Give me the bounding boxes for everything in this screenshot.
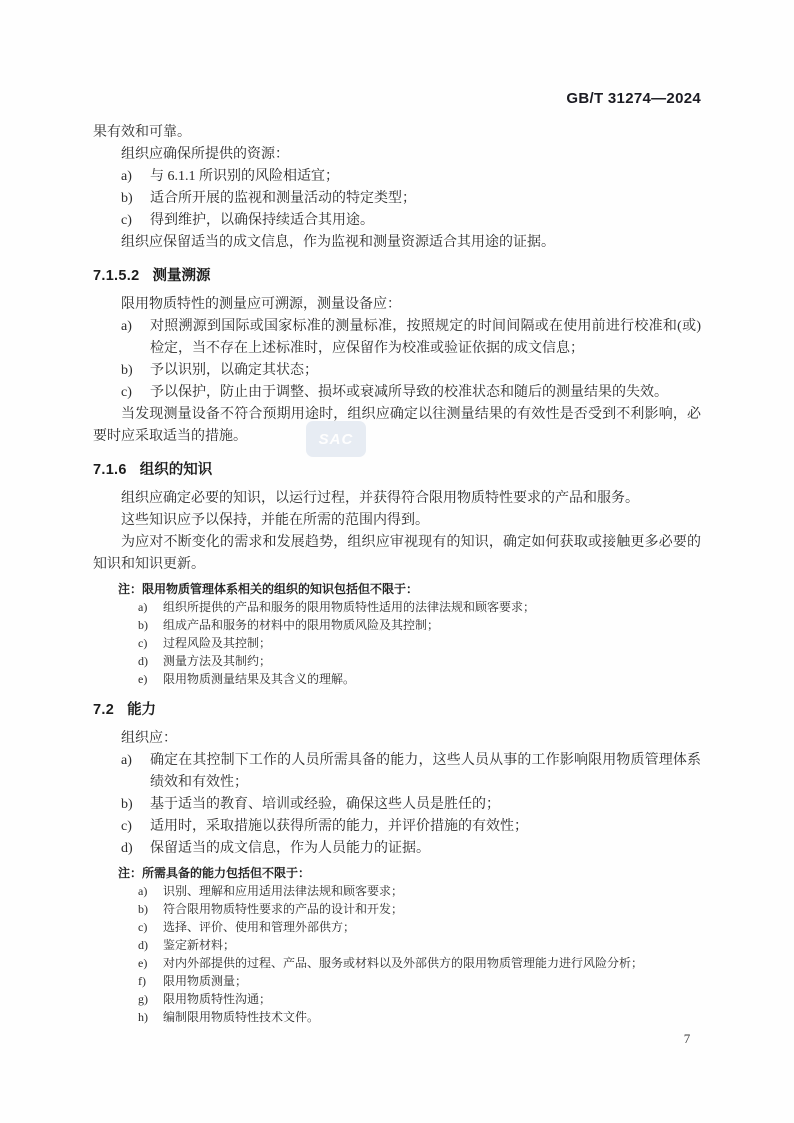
note-item: f)限用物质测量； bbox=[93, 972, 701, 990]
page-content: GB/T 31274—2024 果有效和可靠。 组织应确保所提供的资源： a)与… bbox=[0, 0, 794, 1123]
item-label: c) bbox=[121, 210, 132, 232]
note-item: e)限用物质测量结果及其含义的理解。 bbox=[93, 670, 701, 688]
item-label: b) bbox=[121, 188, 133, 210]
item-label: b) bbox=[121, 360, 133, 382]
paragraph-lead: 组织应确保所提供的资源： bbox=[93, 144, 701, 166]
note-item: h)编制限用物质特性技术文件。 bbox=[93, 1008, 701, 1026]
list-item: b)适合所开展的监视和测量活动的特定类型； bbox=[93, 188, 701, 210]
item-text: 基于适当的教育、培训或经验，确保这些人员是胜任的； bbox=[150, 797, 500, 812]
note-item: g)限用物质特性沟通； bbox=[93, 990, 701, 1008]
list-item: a)与 6.1.1 所识别的风险相适宜； bbox=[93, 166, 701, 188]
note-item: c)过程风险及其控制； bbox=[93, 634, 701, 652]
document-page: GB/T 31274—2024 果有效和可靠。 组织应确保所提供的资源： a)与… bbox=[0, 0, 794, 1123]
section-title: 能力 bbox=[127, 702, 156, 718]
section-7-1-6: 7.1.6组织的知识 组织应确定必要的知识，以运行过程，并获得符合限用物质特性要… bbox=[93, 460, 701, 688]
section-title: 测量溯源 bbox=[152, 268, 210, 284]
item-label: c) bbox=[121, 382, 132, 404]
note-item: e)对内外部提供的过程、产品、服务或材料以及外部供方的限用物质管理能力进行风险分… bbox=[93, 954, 701, 972]
paragraph-closing: 组织应保留适当的成文信息，作为监视和测量资源适合其用途的证据。 bbox=[93, 232, 701, 254]
item-label: b) bbox=[138, 900, 148, 918]
item-text: 对内外部提供的过程、产品、服务或材料以及外部供方的限用物质管理能力进行风险分析； bbox=[163, 956, 643, 970]
item-label: b) bbox=[121, 794, 133, 816]
list-item: c)得到维护，以确保持续适合其用途。 bbox=[93, 210, 701, 232]
item-text: 限用物质测量； bbox=[163, 974, 247, 988]
list-item: a)确定在其控制下工作的人员所需具备的能力，这些人员从事的工作影响限用物质管理体… bbox=[93, 750, 701, 794]
item-label: a) bbox=[138, 598, 147, 616]
note-lead: 注：限用物质管理体系相关的组织的知识包括但不限于： bbox=[93, 580, 701, 598]
item-text: 组织所提供的产品和服务的限用物质特性适用的法律法规和顾客要求； bbox=[163, 600, 535, 614]
note-item: a)组织所提供的产品和服务的限用物质特性适用的法律法规和顾客要求； bbox=[93, 598, 701, 616]
item-label: d) bbox=[138, 936, 148, 954]
item-text: 予以保护，防止由于调整、损坏或衰减所导致的校准状态和随后的测量结果的失效。 bbox=[150, 385, 668, 400]
section-7-2: 7.2能力 组织应： a)确定在其控制下工作的人员所需具备的能力，这些人员从事的… bbox=[93, 700, 701, 1026]
paragraph: 组织应确定必要的知识，以运行过程，并获得符合限用物质特性要求的产品和服务。 bbox=[93, 488, 701, 510]
paragraph-continuation: 果有效和可靠。 bbox=[93, 122, 701, 144]
note-lead-text: 限用物质管理体系相关的组织的知识包括但不限于： bbox=[142, 582, 418, 596]
item-label: f) bbox=[138, 972, 146, 990]
note-item: c)选择、评价、使用和管理外部供方； bbox=[93, 918, 701, 936]
item-text: 识别、理解和应用适用法律法规和顾客要求； bbox=[163, 884, 403, 898]
item-label: d) bbox=[121, 838, 133, 860]
note-list: a)识别、理解和应用适用法律法规和顾客要求； b)符合限用物质特性要求的产品的设… bbox=[93, 882, 701, 1026]
item-text: 符合限用物质特性要求的产品的设计和开发； bbox=[163, 902, 403, 916]
item-text: 予以识别，以确定其状态； bbox=[150, 363, 318, 378]
section-heading: 7.1.6组织的知识 bbox=[93, 460, 701, 480]
item-label: a) bbox=[121, 166, 132, 188]
note-lead: 注：所需具备的能力包括但不限于： bbox=[93, 864, 701, 882]
item-label: a) bbox=[138, 882, 147, 900]
section-heading: 7.2能力 bbox=[93, 700, 701, 720]
item-label: c) bbox=[121, 816, 132, 838]
item-text: 测量方法及其制约； bbox=[163, 654, 271, 668]
item-label: e) bbox=[138, 954, 147, 972]
paragraph: 为应对不断变化的需求和发展趋势，组织应审视现有的知识，确定如何获取或接触更多必要… bbox=[93, 532, 701, 576]
note-item: b)组成产品和服务的材料中的限用物质风险及其控制； bbox=[93, 616, 701, 634]
note-item: b)符合限用物质特性要求的产品的设计和开发； bbox=[93, 900, 701, 918]
item-label: c) bbox=[138, 634, 147, 652]
item-label: g) bbox=[138, 990, 148, 1008]
competence-list: a)确定在其控制下工作的人员所需具备的能力，这些人员从事的工作影响限用物质管理体… bbox=[93, 750, 701, 860]
item-label: a) bbox=[121, 750, 132, 772]
item-label: h) bbox=[138, 1008, 148, 1026]
paragraph: 这些知识应予以保持，并能在所需的范围内得到。 bbox=[93, 510, 701, 532]
item-text: 得到维护，以确保持续适合其用途。 bbox=[150, 213, 374, 228]
item-text: 适合所开展的监视和测量活动的特定类型； bbox=[150, 191, 416, 206]
paragraph-closing: 当发现测量设备不符合预期用途时，组织应确定以往测量结果的有效性是否受到不利影响，… bbox=[93, 404, 701, 448]
list-item: c)予以保护，防止由于调整、损坏或衰减所导致的校准状态和随后的测量结果的失效。 bbox=[93, 382, 701, 404]
section-monitoring-resources: 果有效和可靠。 组织应确保所提供的资源： a)与 6.1.1 所识别的风险相适宜… bbox=[93, 122, 701, 254]
traceability-list: a)对照溯源到国际或国家标准的测量标准，按照规定的时间间隔或在使用前进行校准和(… bbox=[93, 316, 701, 404]
resource-list: a)与 6.1.1 所识别的风险相适宜； b)适合所开展的监视和测量活动的特定类… bbox=[93, 166, 701, 232]
item-label: e) bbox=[138, 670, 147, 688]
item-text: 鉴定新材料； bbox=[163, 938, 235, 952]
list-item: c)适用时，采取措施以获得所需的能力，并评价措施的有效性； bbox=[93, 816, 701, 838]
section-title: 组织的知识 bbox=[140, 462, 213, 478]
paragraph-lead: 组织应： bbox=[93, 728, 701, 750]
note-label: 注： bbox=[118, 866, 142, 880]
note-item: d)测量方法及其制约； bbox=[93, 652, 701, 670]
section-number: 7.1.6 bbox=[93, 462, 127, 478]
section-7-1-5-2: 7.1.5.2测量溯源 限用物质特性的测量应可溯源，测量设备应： a)对照溯源到… bbox=[93, 266, 701, 448]
note-block: 注：限用物质管理体系相关的组织的知识包括但不限于： a)组织所提供的产品和服务的… bbox=[93, 580, 701, 688]
page-number: 7 bbox=[672, 1030, 702, 1048]
list-item: b)基于适当的教育、培训或经验，确保这些人员是胜任的； bbox=[93, 794, 701, 816]
list-item: a)对照溯源到国际或国家标准的测量标准，按照规定的时间间隔或在使用前进行校准和(… bbox=[93, 316, 701, 360]
item-text: 限用物质特性沟通； bbox=[163, 992, 271, 1006]
note-item: d)鉴定新材料； bbox=[93, 936, 701, 954]
item-text: 组成产品和服务的材料中的限用物质风险及其控制； bbox=[163, 618, 439, 632]
item-text: 编制限用物质特性技术文件。 bbox=[163, 1010, 319, 1024]
item-text: 确定在其控制下工作的人员所需具备的能力，这些人员从事的工作影响限用物质管理体系绩… bbox=[150, 753, 701, 790]
item-label: b) bbox=[138, 616, 148, 634]
item-label: c) bbox=[138, 918, 147, 936]
note-block: 注：所需具备的能力包括但不限于： a)识别、理解和应用适用法律法规和顾客要求； … bbox=[93, 864, 701, 1026]
item-text: 保留适当的成文信息，作为人员能力的证据。 bbox=[150, 841, 430, 856]
section-heading: 7.1.5.2测量溯源 bbox=[93, 266, 701, 286]
item-label: d) bbox=[138, 652, 148, 670]
item-text: 适用时，采取措施以获得所需的能力，并评价措施的有效性； bbox=[150, 819, 528, 834]
note-lead-text: 所需具备的能力包括但不限于： bbox=[142, 866, 310, 880]
section-number: 7.2 bbox=[93, 702, 114, 718]
section-number: 7.1.5.2 bbox=[93, 268, 139, 284]
item-text: 与 6.1.1 所识别的风险相适宜； bbox=[150, 169, 339, 184]
item-text: 过程风险及其控制； bbox=[163, 636, 271, 650]
paragraph-lead: 限用物质特性的测量应可溯源，测量设备应： bbox=[93, 294, 701, 316]
note-item: a)识别、理解和应用适用法律法规和顾客要求； bbox=[93, 882, 701, 900]
note-label: 注： bbox=[118, 582, 142, 596]
sac-watermark-logo: SAC bbox=[306, 421, 366, 457]
item-text: 对照溯源到国际或国家标准的测量标准，按照规定的时间间隔或在使用前进行校准和(或)… bbox=[150, 319, 701, 356]
list-item: d)保留适当的成文信息，作为人员能力的证据。 bbox=[93, 838, 701, 860]
item-label: a) bbox=[121, 316, 132, 338]
note-list: a)组织所提供的产品和服务的限用物质特性适用的法律法规和顾客要求； b)组成产品… bbox=[93, 598, 701, 688]
item-text: 选择、评价、使用和管理外部供方； bbox=[163, 920, 355, 934]
standard-code-header: GB/T 31274—2024 bbox=[93, 88, 701, 110]
list-item: b)予以识别，以确定其状态； bbox=[93, 360, 701, 382]
item-text: 限用物质测量结果及其含义的理解。 bbox=[163, 672, 355, 686]
